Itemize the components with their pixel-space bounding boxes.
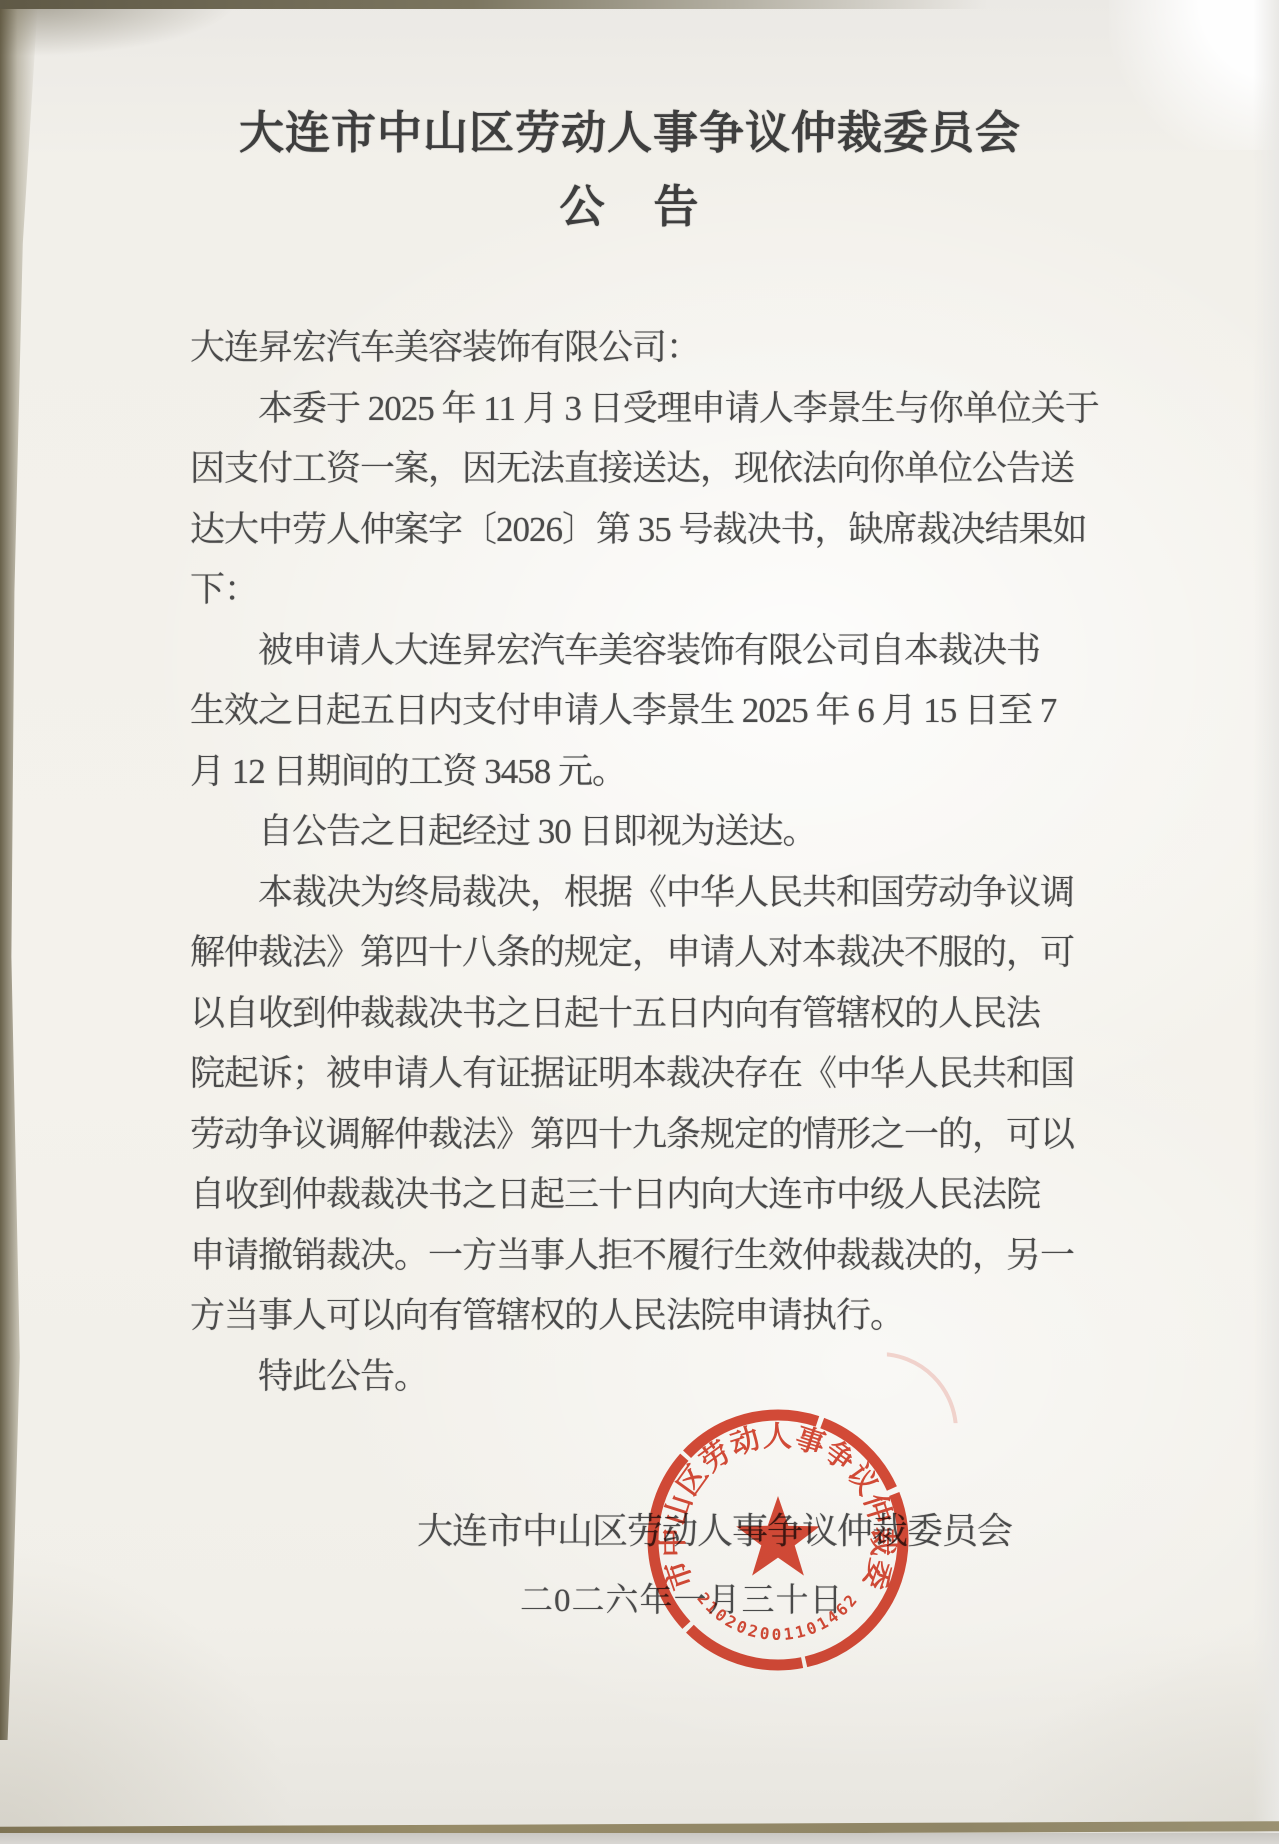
seal-code: 210202001101462 [693, 1589, 862, 1644]
body-line: 自收到仲裁裁决书之日起三十日内向大连市中级人民法院 [190, 1165, 1080, 1226]
document-body: 大连昇宏汽车美容装饰有限公司： 本委于 2025 年 11 月 3 日受理申请人… [190, 318, 1080, 1407]
official-seal: 大连市中山区劳动人事争议仲裁委员会 210202001101462 [638, 1400, 918, 1680]
body-line: 方当事人可以向有管辖权的人民法院申请执行。 [190, 1286, 1080, 1347]
page-subtitle-gonggao: 公 告 [0, 170, 1260, 235]
scan-edge-top [0, 0, 1040, 9]
body-line: 解仲裁法》第四十八条的规定，申请人对本裁决不服的，可 [190, 923, 1080, 984]
page-title: 大连市中山区劳动人事争议仲裁委员会 [0, 96, 1260, 161]
svg-text:210202001101462: 210202001101462 [693, 1589, 862, 1644]
scan-edge-below-paper [0, 1833, 1279, 1844]
body-line: 达大中劳人仲案字〔2026〕第 35 号裁决书，缺席裁决结果如 [190, 500, 1080, 561]
svg-text:大连市中山区劳动人事争议仲裁委员会: 大连市中山区劳动人事争议仲裁委员会 [638, 1400, 899, 1594]
body-line: 院起诉；被申请人有证据证明本裁决存在《中华人民共和国 [190, 1044, 1080, 1105]
scanned-document-photo: 大连市中山区劳动人事争议仲裁委员会 公 告 大连昇宏汽车美容装饰有限公司： 本委… [0, 0, 1279, 1844]
body-line: 劳动争议调解仲裁法》第四十九条规定的情形之一的，可以 [190, 1105, 1080, 1166]
body-line: 因支付工资一案，因无法直接送达，现依法向你单位公告送 [190, 439, 1080, 500]
body-line: 下： [190, 560, 1080, 621]
body-line: 本委于 2025 年 11 月 3 日受理申请人李景生与你单位关于 [190, 379, 1080, 440]
scan-edge-right [1253, 0, 1279, 1844]
body-line: 自公告之日起经过 30 日即视为送达。 [190, 802, 1080, 863]
body-line: 申请撤销裁决。一方当事人拒不履行生效仲裁裁决的，另一 [190, 1226, 1080, 1287]
body-line: 被申请人大连昇宏汽车美容装饰有限公司自本裁决书 [190, 621, 1080, 682]
body-line: 生效之日起五日内支付申请人李景生 2025 年 6 月 15 日至 7 [190, 681, 1080, 742]
body-line: 以自收到仲裁裁决书之日起十五日内向有管辖权的人民法 [190, 984, 1080, 1045]
body-line: 月 12 日期间的工资 3458 元。 [190, 742, 1080, 803]
body-line: 大连昇宏汽车美容装饰有限公司： [190, 318, 1080, 379]
seal-star-icon [736, 1496, 820, 1576]
seal-ring-text: 大连市中山区劳动人事争议仲裁委员会 [638, 1400, 899, 1594]
scan-edge-left [0, 0, 38, 1740]
body-line: 本裁决为终局裁决，根据《中华人民共和国劳动争议调 [190, 863, 1080, 924]
